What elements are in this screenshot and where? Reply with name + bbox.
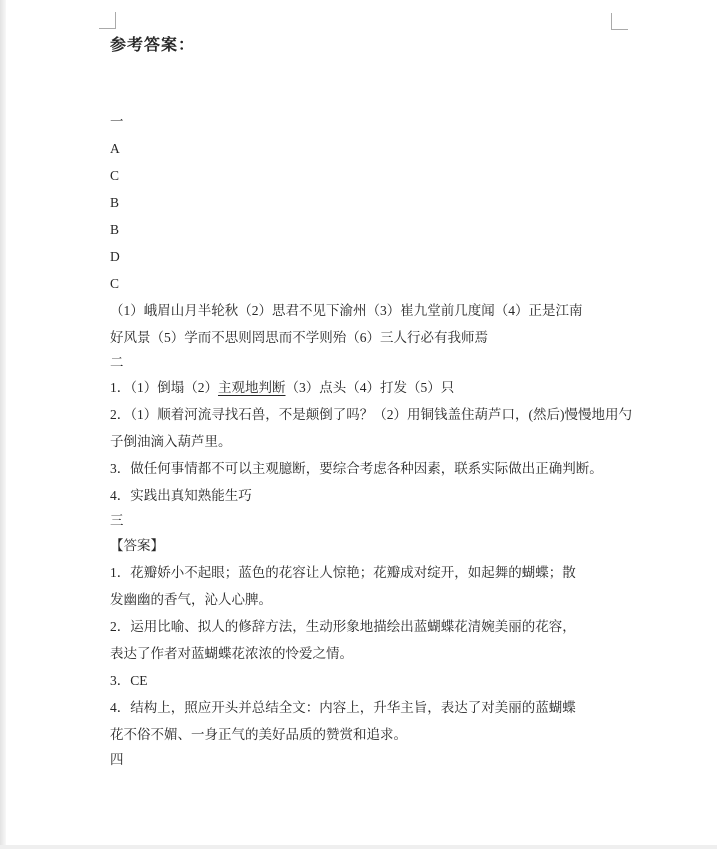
choice-answer-2: C: [110, 162, 632, 189]
section-marker-4: 四: [110, 748, 632, 771]
s3-answer-label: 【答案】: [110, 532, 632, 559]
s3-answer-2-line-1: 2．运用比喻、拟人的修辞方法，生动形象地描绘出蓝蝴蝶花清婉美丽的花容，: [110, 613, 632, 640]
fill-in-answers-line-1: （1）峨眉山月半轮秋（2）思君不见下渝州（3）崔九堂前几度闻（4）正是江南: [110, 297, 632, 324]
window-bottom-edge: [0, 845, 717, 849]
fill-in-answers-line-2: 好风景（5）学而不思则罔思而不学则殆（6）三人行必有我师焉: [110, 324, 632, 351]
s3-answer-4-line-1: 4．结构上，照应开头并总结全文：内容上，升华主旨，表达了对美丽的蓝蝴蝶: [110, 694, 632, 721]
text-boundary-mark-top-right: [611, 13, 628, 30]
s3-answer-1-line-2: 发幽幽的香气，沁人心脾。: [110, 586, 632, 613]
s3-answer-2-line-2: 表达了作者对蓝蝴蝶花浓浓的怜爱之情。: [110, 640, 632, 667]
section-marker-1: 一: [110, 108, 632, 135]
choice-answer-5: D: [110, 243, 632, 270]
text-boundary-mark-top-left: [99, 12, 116, 29]
s3-answer-4-line-2: 花不俗不媚、一身正气的美好品质的赞赏和追求。: [110, 721, 632, 748]
choice-answer-1: A: [110, 135, 632, 162]
s2-answer-2-line-2: 子倒油滴入葫芦里。: [110, 428, 632, 455]
s2-answer-3: 3．做任何事情都不可以主观臆断，要综合考虑各种因素，联系实际做出正确判断。: [110, 455, 632, 482]
s2-answer-2-line-1: 2．（1）顺着河流寻找石兽，不是颠倒了吗？（2）用铜钱盖住葫芦口，(然后)慢慢地…: [110, 401, 632, 428]
s3-answer-1-line-1: 1．花瓣娇小不起眼；蓝色的花容让人惊艳；花瓣成对绽开，如起舞的蝴蝶；散: [110, 559, 632, 586]
s2-answer-1-underlined: 主观地判断: [218, 380, 286, 395]
s2-answer-1-pre: 1．（1）倒塌（2）: [110, 380, 218, 395]
s3-answer-3: 3．CE: [110, 667, 632, 694]
s2-answer-1-post: （3）点头（4）打发（5）只: [286, 380, 455, 395]
choice-answer-4: B: [110, 216, 632, 243]
choice-answer-6: C: [110, 270, 632, 297]
window-left-edge: [0, 0, 6, 849]
section-marker-2: 二: [110, 351, 632, 374]
choice-answer-3: B: [110, 189, 632, 216]
document-title: 参考答案：: [110, 34, 632, 58]
section-marker-3: 三: [110, 509, 632, 532]
s2-answer-1: 1．（1）倒塌（2）主观地判断（3）点头（4）打发（5）只: [110, 374, 632, 401]
s2-answer-4: 4．实践出真知熟能生巧: [110, 482, 632, 509]
document-page: 参考答案： 一 A C B B D C （1）峨眉山月半轮秋（2）思君不见下渝州…: [110, 34, 632, 771]
